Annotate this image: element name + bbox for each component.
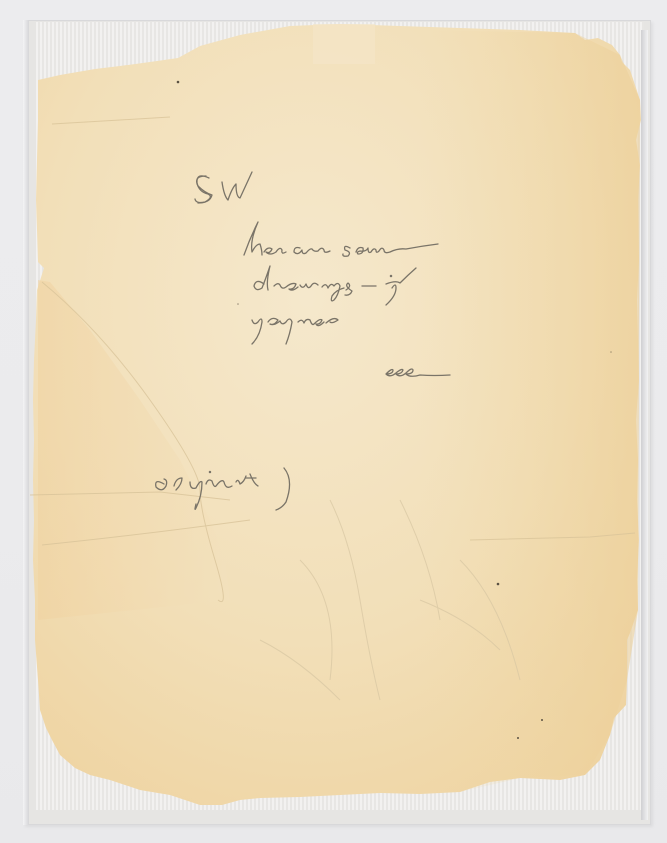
- tape-remnant: [313, 24, 375, 64]
- paper-stain-right: [420, 30, 640, 794]
- paper-sheet: [0, 0, 667, 843]
